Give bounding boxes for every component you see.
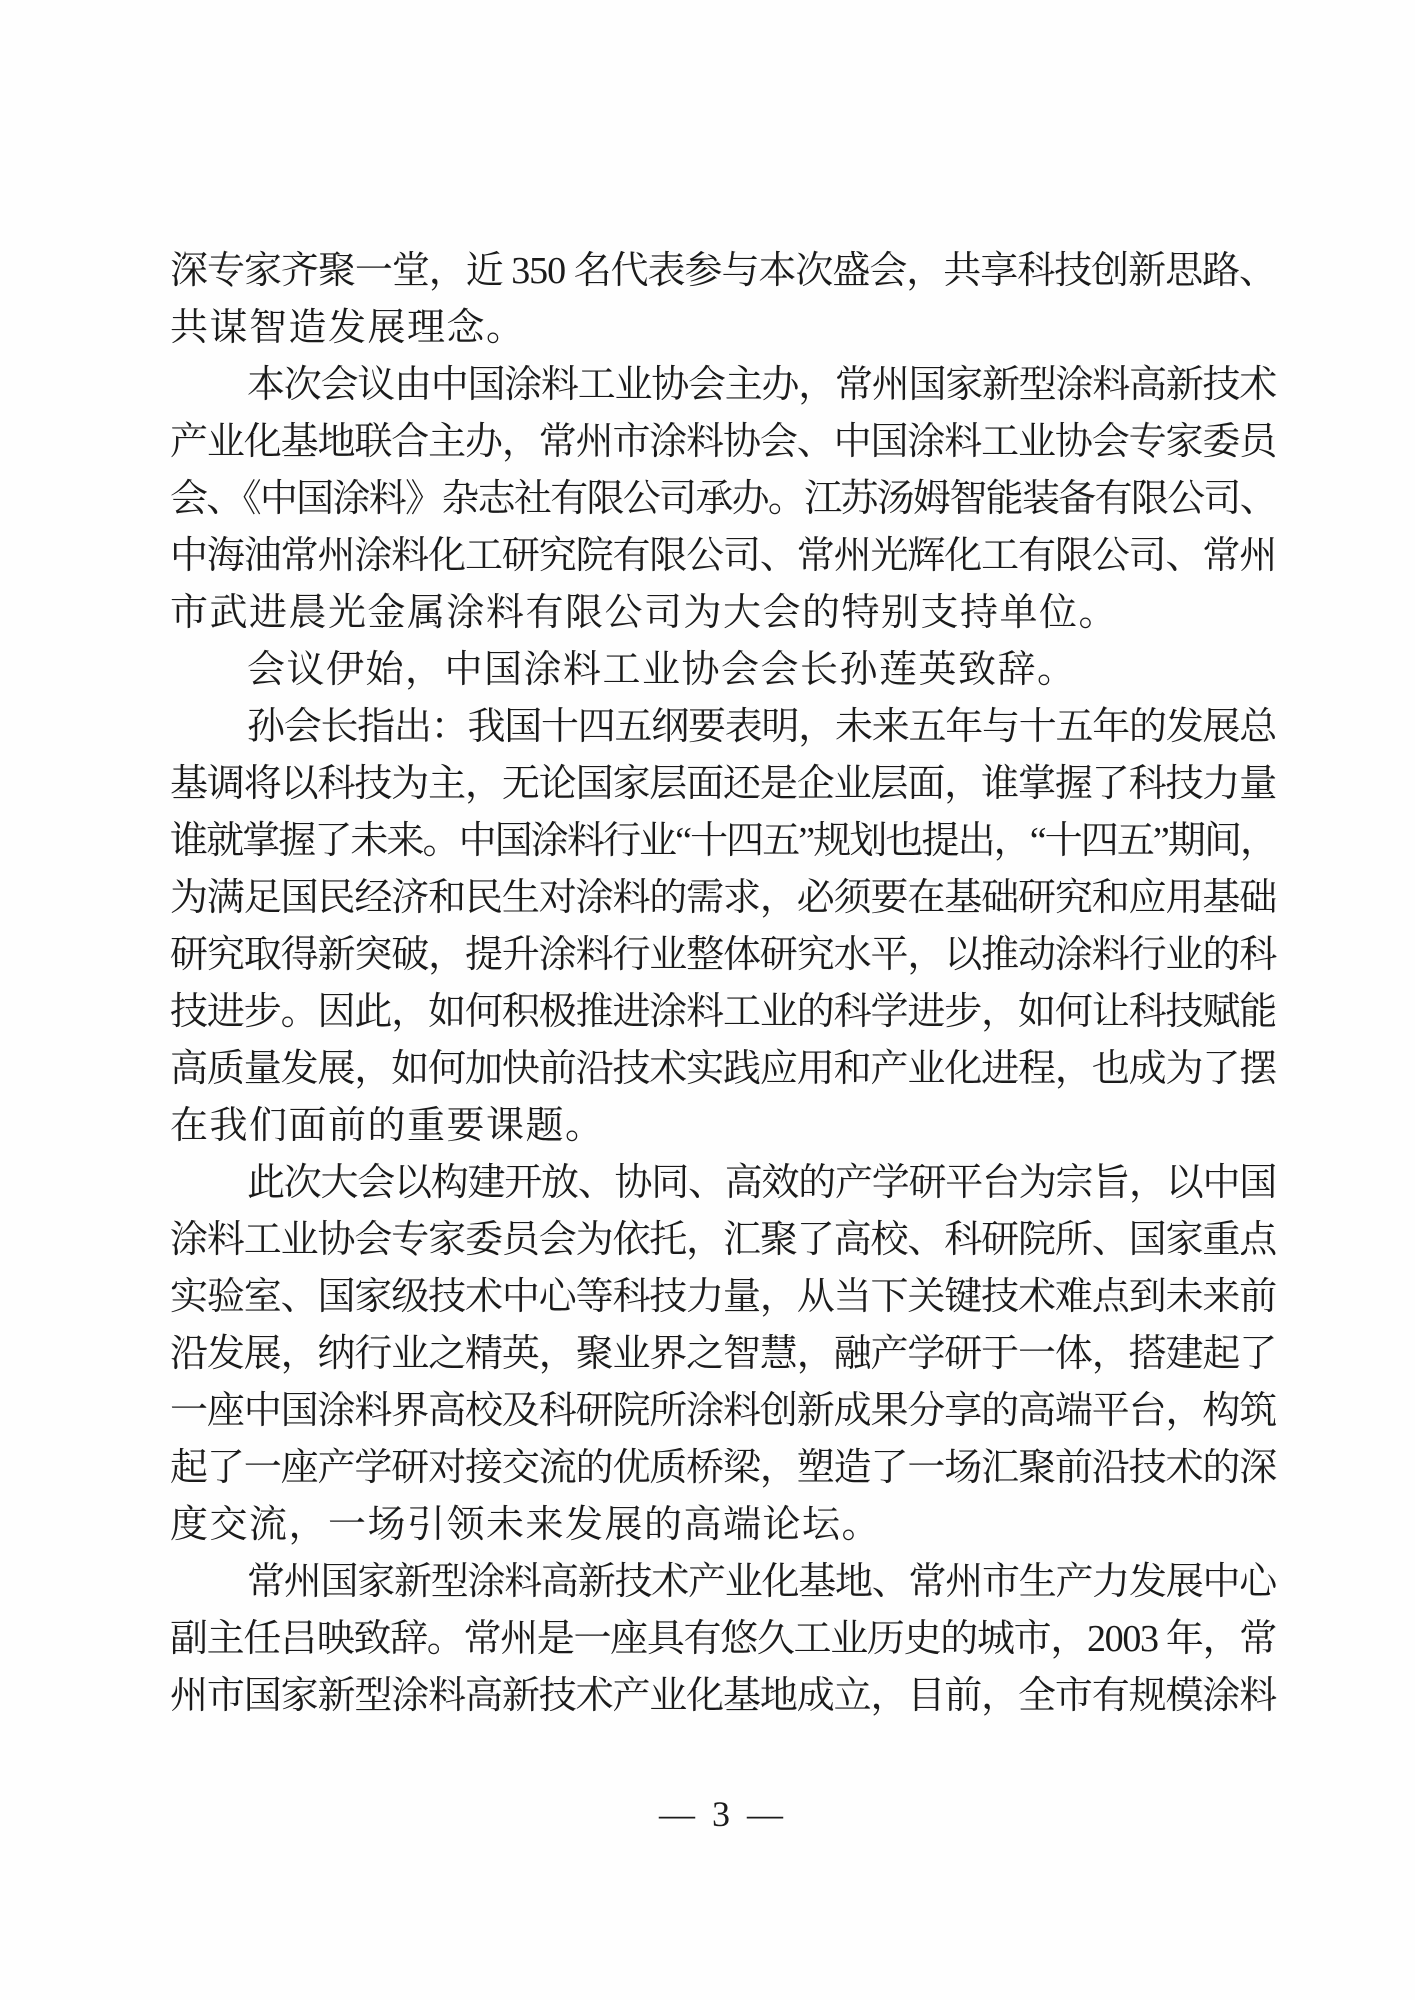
text-line-content: 实验室、国家级技术中心等科技力量，从当下关键技术难点到未来前: [170, 1276, 1276, 1318]
text-line: 孙会长指出：我国十四五纲要表明，未来五年与十五年的发展总: [170, 699, 1276, 756]
text-line: 共谋智造发展理念。: [170, 300, 1276, 357]
text-line: 中海油常州涂料化工研究院有限公司、常州光辉化工有限公司、常州: [170, 528, 1276, 585]
text-line: 谁就掌握了未来。中国涂料行业“十四五”规划也提出，“十四五”期间，: [170, 813, 1276, 870]
text-line: 在我们面前的重要课题。: [170, 1098, 1276, 1155]
text-line: 实验室、国家级技术中心等科技力量，从当下关键技术难点到未来前: [170, 1269, 1276, 1326]
text-line: 会议伊始，中国涂料工业协会会长孙莲英致辞。: [170, 642, 1276, 699]
text-line-content: 涂料工业协会专家委员会为依托，汇聚了高校、科研院所、国家重点: [170, 1219, 1276, 1261]
text-line-content: 基调将以科技为主，无论国家层面还是企业层面，谁掌握了科技力量: [170, 763, 1276, 805]
text-line: 市武进晨光金属涂料有限公司为大会的特别支持单位。: [170, 585, 1276, 642]
text-line-content: 会议伊始，中国涂料工业协会会长孙莲英致辞。: [247, 649, 1077, 691]
text-line-content: 常州国家新型涂料高新技术产业化基地、常州市生产力发展中心: [247, 1561, 1276, 1603]
text-line-content: 州市国家新型涂料高新技术产业化基地成立，目前，全市有规模涂料: [170, 1675, 1276, 1717]
text-line-content: 会、《中国涂料》杂志社有限公司承办。江苏汤姆智能装备有限公司、: [170, 478, 1276, 520]
text-line-content: 在我们面前的重要课题。: [170, 1105, 605, 1147]
page-number: — 3 —: [170, 1793, 1276, 1835]
text-line: 一座中国涂料界高校及科研院所涂料创新成果分享的高端平台，构筑: [170, 1383, 1276, 1440]
body-text: 深专家齐聚一堂，近 350 名代表参与本次盛会，共享科技创新思路、共谋智造发展理…: [170, 243, 1276, 1725]
text-line-content: 中海油常州涂料化工研究院有限公司、常州光辉化工有限公司、常州: [170, 535, 1276, 577]
text-line: 此次大会以构建开放、协同、高效的产学研平台为宗旨，以中国: [170, 1155, 1276, 1212]
document-page: 深专家齐聚一堂，近 350 名代表参与本次盛会，共享科技创新思路、共谋智造发展理…: [0, 0, 1415, 2000]
text-line-content: 技进步。因此，如何积极推进涂料工业的科学进步，如何让科技赋能: [170, 991, 1276, 1033]
text-line-content: 副主任吕映致辞。常州是一座具有悠久工业历史的城市，2003 年，常: [170, 1618, 1276, 1660]
text-line-content: 度交流，一场引领未来发展的高端论坛。: [170, 1504, 881, 1546]
text-line-content: 深专家齐聚一堂，近 350 名代表参与本次盛会，共享科技创新思路、: [170, 250, 1276, 292]
text-line: 度交流，一场引领未来发展的高端论坛。: [170, 1497, 1276, 1554]
text-line-content: 沿发展，纳行业之精英，聚业界之智慧，融产学研于一体，搭建起了: [170, 1333, 1276, 1375]
text-line: 州市国家新型涂料高新技术产业化基地成立，目前，全市有规模涂料: [170, 1668, 1276, 1725]
text-line: 常州国家新型涂料高新技术产业化基地、常州市生产力发展中心: [170, 1554, 1276, 1611]
text-line: 深专家齐聚一堂，近 350 名代表参与本次盛会，共享科技创新思路、: [170, 243, 1276, 300]
text-line-content: 起了一座产学研对接交流的优质桥梁，塑造了一场汇聚前沿技术的深: [170, 1447, 1276, 1489]
text-line: 会、《中国涂料》杂志社有限公司承办。江苏汤姆智能装备有限公司、: [170, 471, 1276, 528]
text-line: 研究取得新突破，提升涂料行业整体研究水平，以推动涂料行业的科: [170, 927, 1276, 984]
text-line: 本次会议由中国涂料工业协会主办，常州国家新型涂料高新技术: [170, 357, 1276, 414]
text-line: 副主任吕映致辞。常州是一座具有悠久工业历史的城市，2003 年，常: [170, 1611, 1276, 1668]
text-line-content: 研究取得新突破，提升涂料行业整体研究水平，以推动涂料行业的科: [170, 934, 1276, 976]
text-line-content: 孙会长指出：我国十四五纲要表明，未来五年与十五年的发展总: [247, 706, 1276, 748]
text-line-content: 谁就掌握了未来。中国涂料行业“十四五”规划也提出，“十四五”期间，: [170, 820, 1276, 862]
text-line: 涂料工业协会专家委员会为依托，汇聚了高校、科研院所、国家重点: [170, 1212, 1276, 1269]
text-line: 高质量发展，如何加快前沿技术实践应用和产业化进程，也成为了摆: [170, 1041, 1276, 1098]
text-line: 基调将以科技为主，无论国家层面还是企业层面，谁掌握了科技力量: [170, 756, 1276, 813]
text-line: 起了一座产学研对接交流的优质桥梁，塑造了一场汇聚前沿技术的深: [170, 1440, 1276, 1497]
text-line-content: 产业化基地联合主办，常州市涂料协会、中国涂料工业协会专家委员: [170, 421, 1276, 463]
text-line: 沿发展，纳行业之精英，聚业界之智慧，融产学研于一体，搭建起了: [170, 1326, 1276, 1383]
text-line-content: 市武进晨光金属涂料有限公司为大会的特别支持单位。: [170, 592, 1118, 634]
text-line: 技进步。因此，如何积极推进涂料工业的科学进步，如何让科技赋能: [170, 984, 1276, 1041]
text-line-content: 高质量发展，如何加快前沿技术实践应用和产业化进程，也成为了摆: [170, 1048, 1276, 1090]
text-line: 产业化基地联合主办，常州市涂料协会、中国涂料工业协会专家委员: [170, 414, 1276, 471]
text-line-content: 此次大会以构建开放、协同、高效的产学研平台为宗旨，以中国: [247, 1162, 1276, 1204]
text-line-content: 本次会议由中国涂料工业协会主办，常州国家新型涂料高新技术: [247, 364, 1276, 406]
text-line: 为满足国民经济和民生对涂料的需求，必须要在基础研究和应用基础: [170, 870, 1276, 927]
text-line-content: 共谋智造发展理念。: [170, 307, 526, 349]
text-line-content: 一座中国涂料界高校及科研院所涂料创新成果分享的高端平台，构筑: [170, 1390, 1276, 1432]
text-line-content: 为满足国民经济和民生对涂料的需求，必须要在基础研究和应用基础: [170, 877, 1276, 919]
